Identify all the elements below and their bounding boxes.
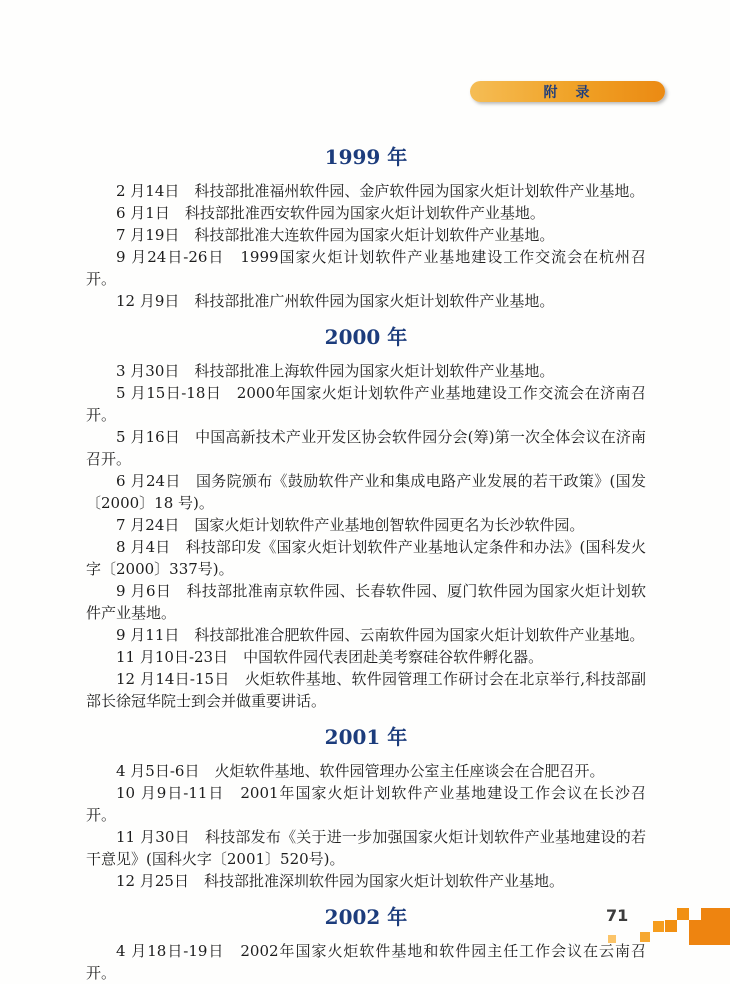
timeline-entry: 10 月9日-11日 2001年国家火炬计划软件产业基地建设工作会议在长沙召开。 (86, 782, 646, 826)
mosaic-square (665, 920, 677, 932)
year-heading-1999: 1999 年 (86, 146, 646, 168)
timeline-entry: 6 月24日 国务院颁布《鼓励软件产业和集成电路产业发展的若干政策》(国发〔20… (86, 470, 646, 514)
timeline-entry: 9 月11日 科技部批准合肥软件园、云南软件园为国家火炬计划软件产业基地。 (86, 624, 646, 646)
timeline-entry: 7 月19日 科技部批准大连软件园为国家火炬计划软件产业基地。 (86, 224, 646, 246)
timeline-entry: 4 月5日-6日 火炬软件基地、软件园管理办公室主任座谈会在合肥召开。 (86, 760, 646, 782)
timeline-entry: 9 月24日-26日 1999国家火炬计划软件产业基地建设工作交流会在杭州召开。 (86, 246, 646, 290)
timeline-content: 1999 年 2 月14日 科技部批准福州软件园、金庐软件园为国家火炬计划软件产… (86, 146, 646, 984)
appendix-header-tab: 附 录 (470, 81, 665, 102)
page-number: 71 (606, 906, 628, 925)
timeline-entry: 11 月30日 科技部发布《关于进一步加强国家火炬计划软件产业基地建设的若干意见… (86, 826, 646, 870)
mosaic-square (653, 921, 664, 932)
mosaic-square (713, 908, 730, 920)
mosaic-square (608, 935, 616, 943)
appendix-header-label: 附 录 (544, 82, 592, 102)
timeline-entry: 5 月16日 中国高新技术产业开发区协会软件园分会(筹)第一次全体会议在济南召开… (86, 426, 646, 470)
year-heading-2002: 2002 年 (86, 906, 646, 928)
timeline-entry: 4 月18日-19日 2002年国家火炬软件基地和软件园主任工作会议在云南召开。 (86, 940, 646, 984)
document-page: 附 录 1999 年 2 月14日 科技部批准福州软件园、金庐软件园为国家火炬计… (0, 0, 730, 984)
timeline-entry: 6 月1日 科技部批准西安软件园为国家火炬计划软件产业基地。 (86, 202, 646, 224)
mosaic-square (689, 920, 730, 945)
timeline-entry: 11 月10日-23日 中国软件园代表团赴美考察硅谷软件孵化器。 (86, 646, 646, 668)
year-heading-2001: 2001 年 (86, 726, 646, 748)
year-heading-2000: 2000 年 (86, 326, 646, 348)
mosaic-square (677, 908, 689, 920)
timeline-entry: 12 月14日-15日 火炬软件基地、软件园管理工作研讨会在北京举行,科技部副部… (86, 668, 646, 712)
timeline-entry: 8 月4日 科技部印发《国家火炬计划软件产业基地认定条件和办法》(国科发火字〔2… (86, 536, 646, 580)
timeline-entry: 2 月14日 科技部批准福州软件园、金庐软件园为国家火炬计划软件产业基地。 (86, 180, 646, 202)
timeline-entry: 7 月24日 国家火炬计划软件产业基地创智软件园更名为长沙软件园。 (86, 514, 646, 536)
timeline-entry: 12 月9日 科技部批准广州软件园为国家火炬计划软件产业基地。 (86, 290, 646, 312)
timeline-entry: 3 月30日 科技部批准上海软件园为国家火炬计划软件产业基地。 (86, 360, 646, 382)
timeline-entry: 12 月25日 科技部批准深圳软件园为国家火炬计划软件产业基地。 (86, 870, 646, 892)
mosaic-square (640, 932, 650, 942)
mosaic-square (701, 908, 713, 920)
timeline-entry: 9 月6日 科技部批准南京软件园、长春软件园、厦门软件园为国家火炬计划软件产业基… (86, 580, 646, 624)
timeline-entry: 5 月15日-18日 2000年国家火炬计划软件产业基地建设工作交流会在济南召开… (86, 382, 646, 426)
